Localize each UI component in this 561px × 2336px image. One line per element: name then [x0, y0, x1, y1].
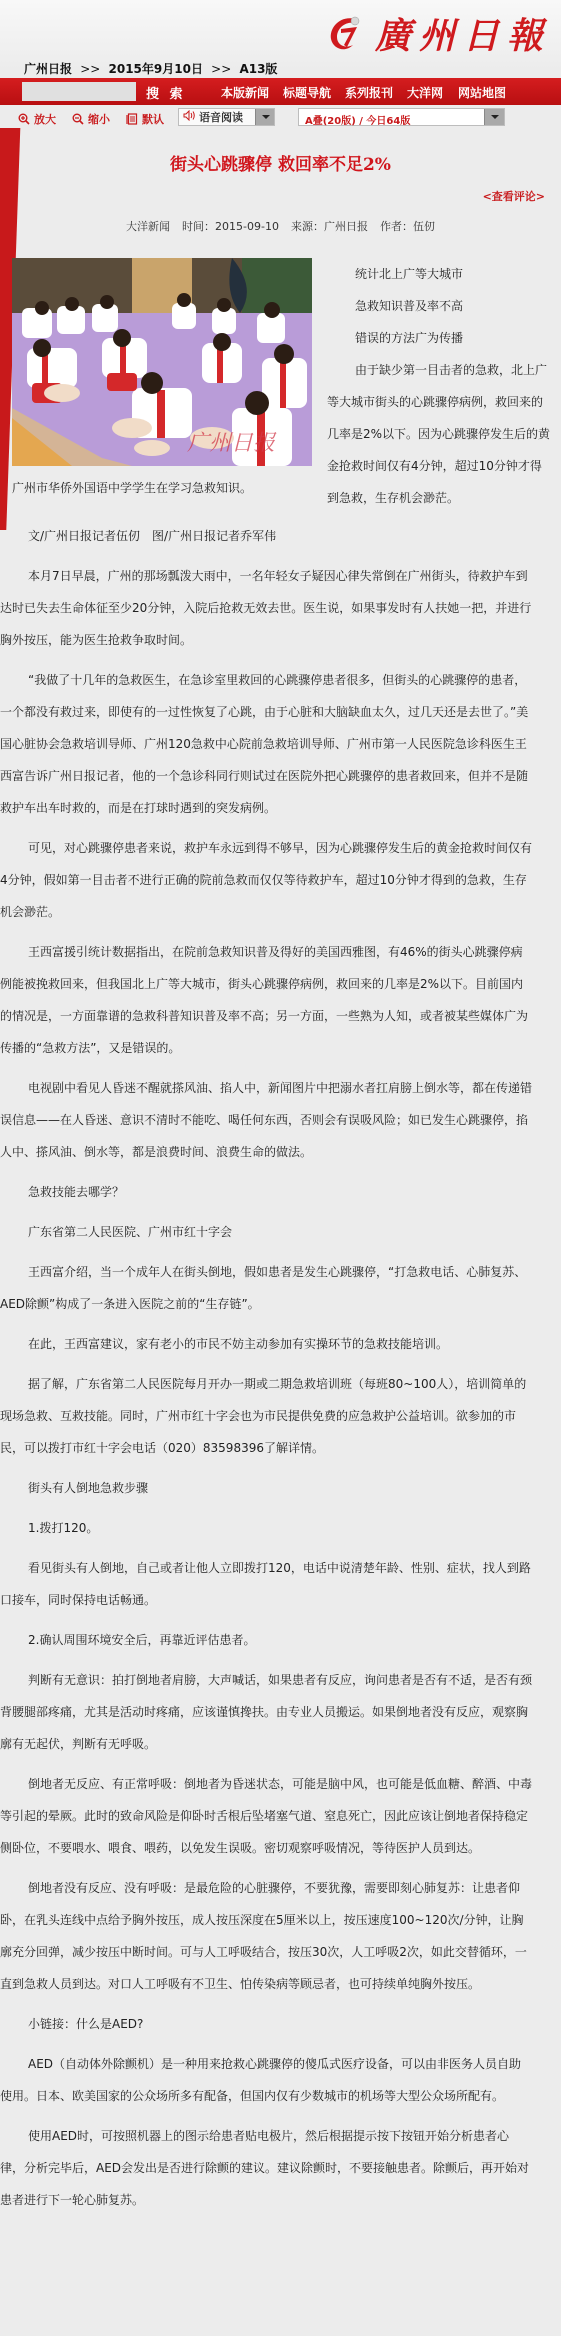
meta-site: 大洋新闻	[126, 220, 170, 233]
breadcrumb-separator: >>	[80, 62, 100, 76]
cpr-training-image-icon: 广州日报	[12, 258, 312, 466]
article-photo[interactable]: 广州日报	[12, 258, 312, 466]
section-heading: 小链接：什么是AED?	[0, 2008, 561, 2040]
paragraph: 本月7日早晨，广州的那场瓢泼大雨中，一名年轻女子疑因心律失常倒在广州街头，待救护…	[0, 560, 561, 656]
svg-text:广州日报: 广州日报	[187, 431, 277, 456]
photo-figure: 广州日报 广州市华侨外国语中学学生在学习急救知识。	[12, 258, 312, 498]
photo-caption: 广州市华侨外国语中学学生在学习急救知识。	[12, 478, 312, 498]
view-comments-link[interactable]: <查看评论>	[0, 188, 561, 204]
search-input[interactable]	[22, 82, 136, 101]
search-button[interactable]: 搜 索	[146, 83, 186, 102]
meta-author-value: 伍仞	[413, 220, 435, 233]
nav-link-series[interactable]: 系列报刊	[345, 84, 407, 101]
article: 街头心跳骤停 救回率不足2% <查看评论> 大洋新闻时间：2015-09-10来…	[0, 150, 561, 2264]
meta-time-label: 时间：	[182, 220, 215, 233]
zoom-in-icon	[18, 113, 30, 125]
nav-link-title-nav[interactable]: 标题导航	[283, 84, 345, 101]
zoom-out-label: 缩小	[88, 111, 110, 127]
meta-author-label: 作者：	[380, 220, 413, 233]
chevron-down-icon[interactable]	[484, 109, 504, 125]
paragraph: AED（自动体外除颤机）是一种用来抢救心跳骤停的傻瓜式医疗设备，可以由非医务人员…	[0, 2048, 561, 2112]
logo[interactable]: 廣州日報	[325, 8, 551, 58]
voice-reading-label: 语音阅读	[199, 109, 243, 125]
nav-link-sitemap[interactable]: 网站地图	[458, 84, 518, 101]
paragraph: 看见街头有人倒地，自己或者让他人立即拨打120，电话中说清楚年龄、性别、症状，找…	[0, 1552, 561, 1616]
paragraph: 王西富介绍，当一个成年人在街头倒地，假如患者是发生心跳骤停，“打急救电话、心肺复…	[0, 1256, 561, 1320]
paragraph: 使用AED时，可按照机器上的图示给患者贴电极片，然后根据提示按下按钮开始分析患者…	[0, 2120, 561, 2216]
chevron-down-icon[interactable]	[255, 109, 274, 125]
document-icon	[126, 113, 138, 125]
breadcrumb: 广州日报 >> 2015年9月10日 >> A13版	[24, 60, 277, 77]
meta-time: 时间：2015-09-10	[182, 220, 279, 233]
section-subheading: 广东省第二人民医院、广州市红十字会	[0, 1216, 561, 1248]
paragraph: 王西富援引统计数据指出，在院前急救知识普及得好的美国西雅图，有46%的街头心跳骤…	[0, 936, 561, 1064]
breadcrumb-item[interactable]: 2015年9月10日	[109, 62, 203, 76]
breadcrumb-item[interactable]: 广州日报	[24, 62, 72, 76]
section-heading: 急救技能去哪学？	[0, 1176, 561, 1208]
default-size-label: 默认	[142, 111, 164, 127]
speaker-icon	[183, 110, 195, 124]
step-heading: 1.拨打120。	[0, 1512, 561, 1544]
edition-select-value: A叠(20版) / 今日64版	[305, 116, 410, 127]
meta-source-value: 广州日报	[324, 220, 368, 233]
nav-links: 本版新闻 标题导航 系列报刊 大洋网 网站地图	[221, 84, 518, 101]
paragraph: 据了解，广东省第二人民医院每月开办一期或二期急救培训班（每班80~100人），培…	[0, 1368, 561, 1464]
voice-reading-select[interactable]: 语音阅读	[178, 108, 275, 126]
paragraph: 判断有无意识：拍打倒地者肩膀，大声喊话，如果患者有反应，询问患者是否有不适，是否…	[0, 1664, 561, 1760]
page-header: 廣州日報 广州日报 >> 2015年9月10日 >> A13版 搜 索 本版新闻…	[0, 0, 561, 128]
step-heading: 2.确认周围环境安全后，再靠近评估患者。	[0, 1624, 561, 1656]
meta-source: 来源：广州日报	[291, 220, 368, 233]
logo-text: 廣州日報	[375, 8, 551, 59]
article-body: 广州日报 广州市华侨外国语中学学生在学习急救知识。 统计北上广等大城市 急救知识…	[0, 258, 561, 2216]
breadcrumb-item[interactable]: A13版	[239, 62, 277, 76]
zoom-out-button[interactable]: 缩小	[72, 111, 110, 127]
article-meta: 大洋新闻时间：2015-09-10来源：广州日报作者：伍仞	[0, 218, 561, 234]
zoom-in-label: 放大	[34, 111, 56, 127]
meta-time-value: 2015-09-10	[215, 220, 279, 233]
nav-bar: 搜 索 本版新闻 标题导航 系列报刊 大洋网 网站地图	[0, 78, 561, 105]
byline: 文/广州日报记者伍仞 图/广州日报记者乔军伟	[0, 520, 561, 552]
nav-link-dayoo[interactable]: 大洋网	[407, 84, 458, 101]
paragraph: 电视剧中看见人昏迷不醒就搽风油、掐人中，新闻图片中把溺水者扛肩膀上倒水等，都在传…	[0, 1072, 561, 1168]
breadcrumb-separator: >>	[211, 62, 231, 76]
default-size-button[interactable]: 默认	[126, 111, 164, 127]
toolbar: 放大 缩小 默认 语音阅读 A叠(20版) / 今日64版	[0, 105, 561, 128]
edition-select[interactable]: A叠(20版) / 今日64版	[298, 108, 505, 126]
meta-author: 作者：伍仞	[380, 220, 435, 233]
paragraph: 倒地者无反应、有正常呼吸：倒地者为昏迷状态，可能是脑中风，也可能是低血糖、醉酒、…	[0, 1768, 561, 1864]
paragraph: 在此，王西富建议，家有老小的市民不妨主动参加有实操环节的急救技能培训。	[0, 1328, 561, 1360]
newspaper-logo-icon	[325, 11, 369, 55]
zoom-out-icon	[72, 113, 84, 125]
paragraph: 倒地者没有反应、没有呼吸：是最危险的心脏骤停，不要犹豫，需要即刻心肺复苏：让患者…	[0, 1872, 561, 2000]
section-heading: 街头有人倒地急救步骤	[0, 1472, 561, 1504]
paragraph: “我做了十几年的急救医生，在急诊室里救回的心跳骤停患者很多，但街头的心跳骤停的患…	[0, 664, 561, 824]
article-title: 街头心跳骤停 救回率不足2%	[0, 150, 561, 180]
paragraph: 可见，对心跳骤停患者来说，救护车永远到得不够早，因为心跳骤停发生后的黄金抢救时间…	[0, 832, 561, 928]
nav-link-page-news[interactable]: 本版新闻	[221, 84, 283, 101]
zoom-in-button[interactable]: 放大	[18, 111, 56, 127]
meta-source-label: 来源：	[291, 220, 324, 233]
